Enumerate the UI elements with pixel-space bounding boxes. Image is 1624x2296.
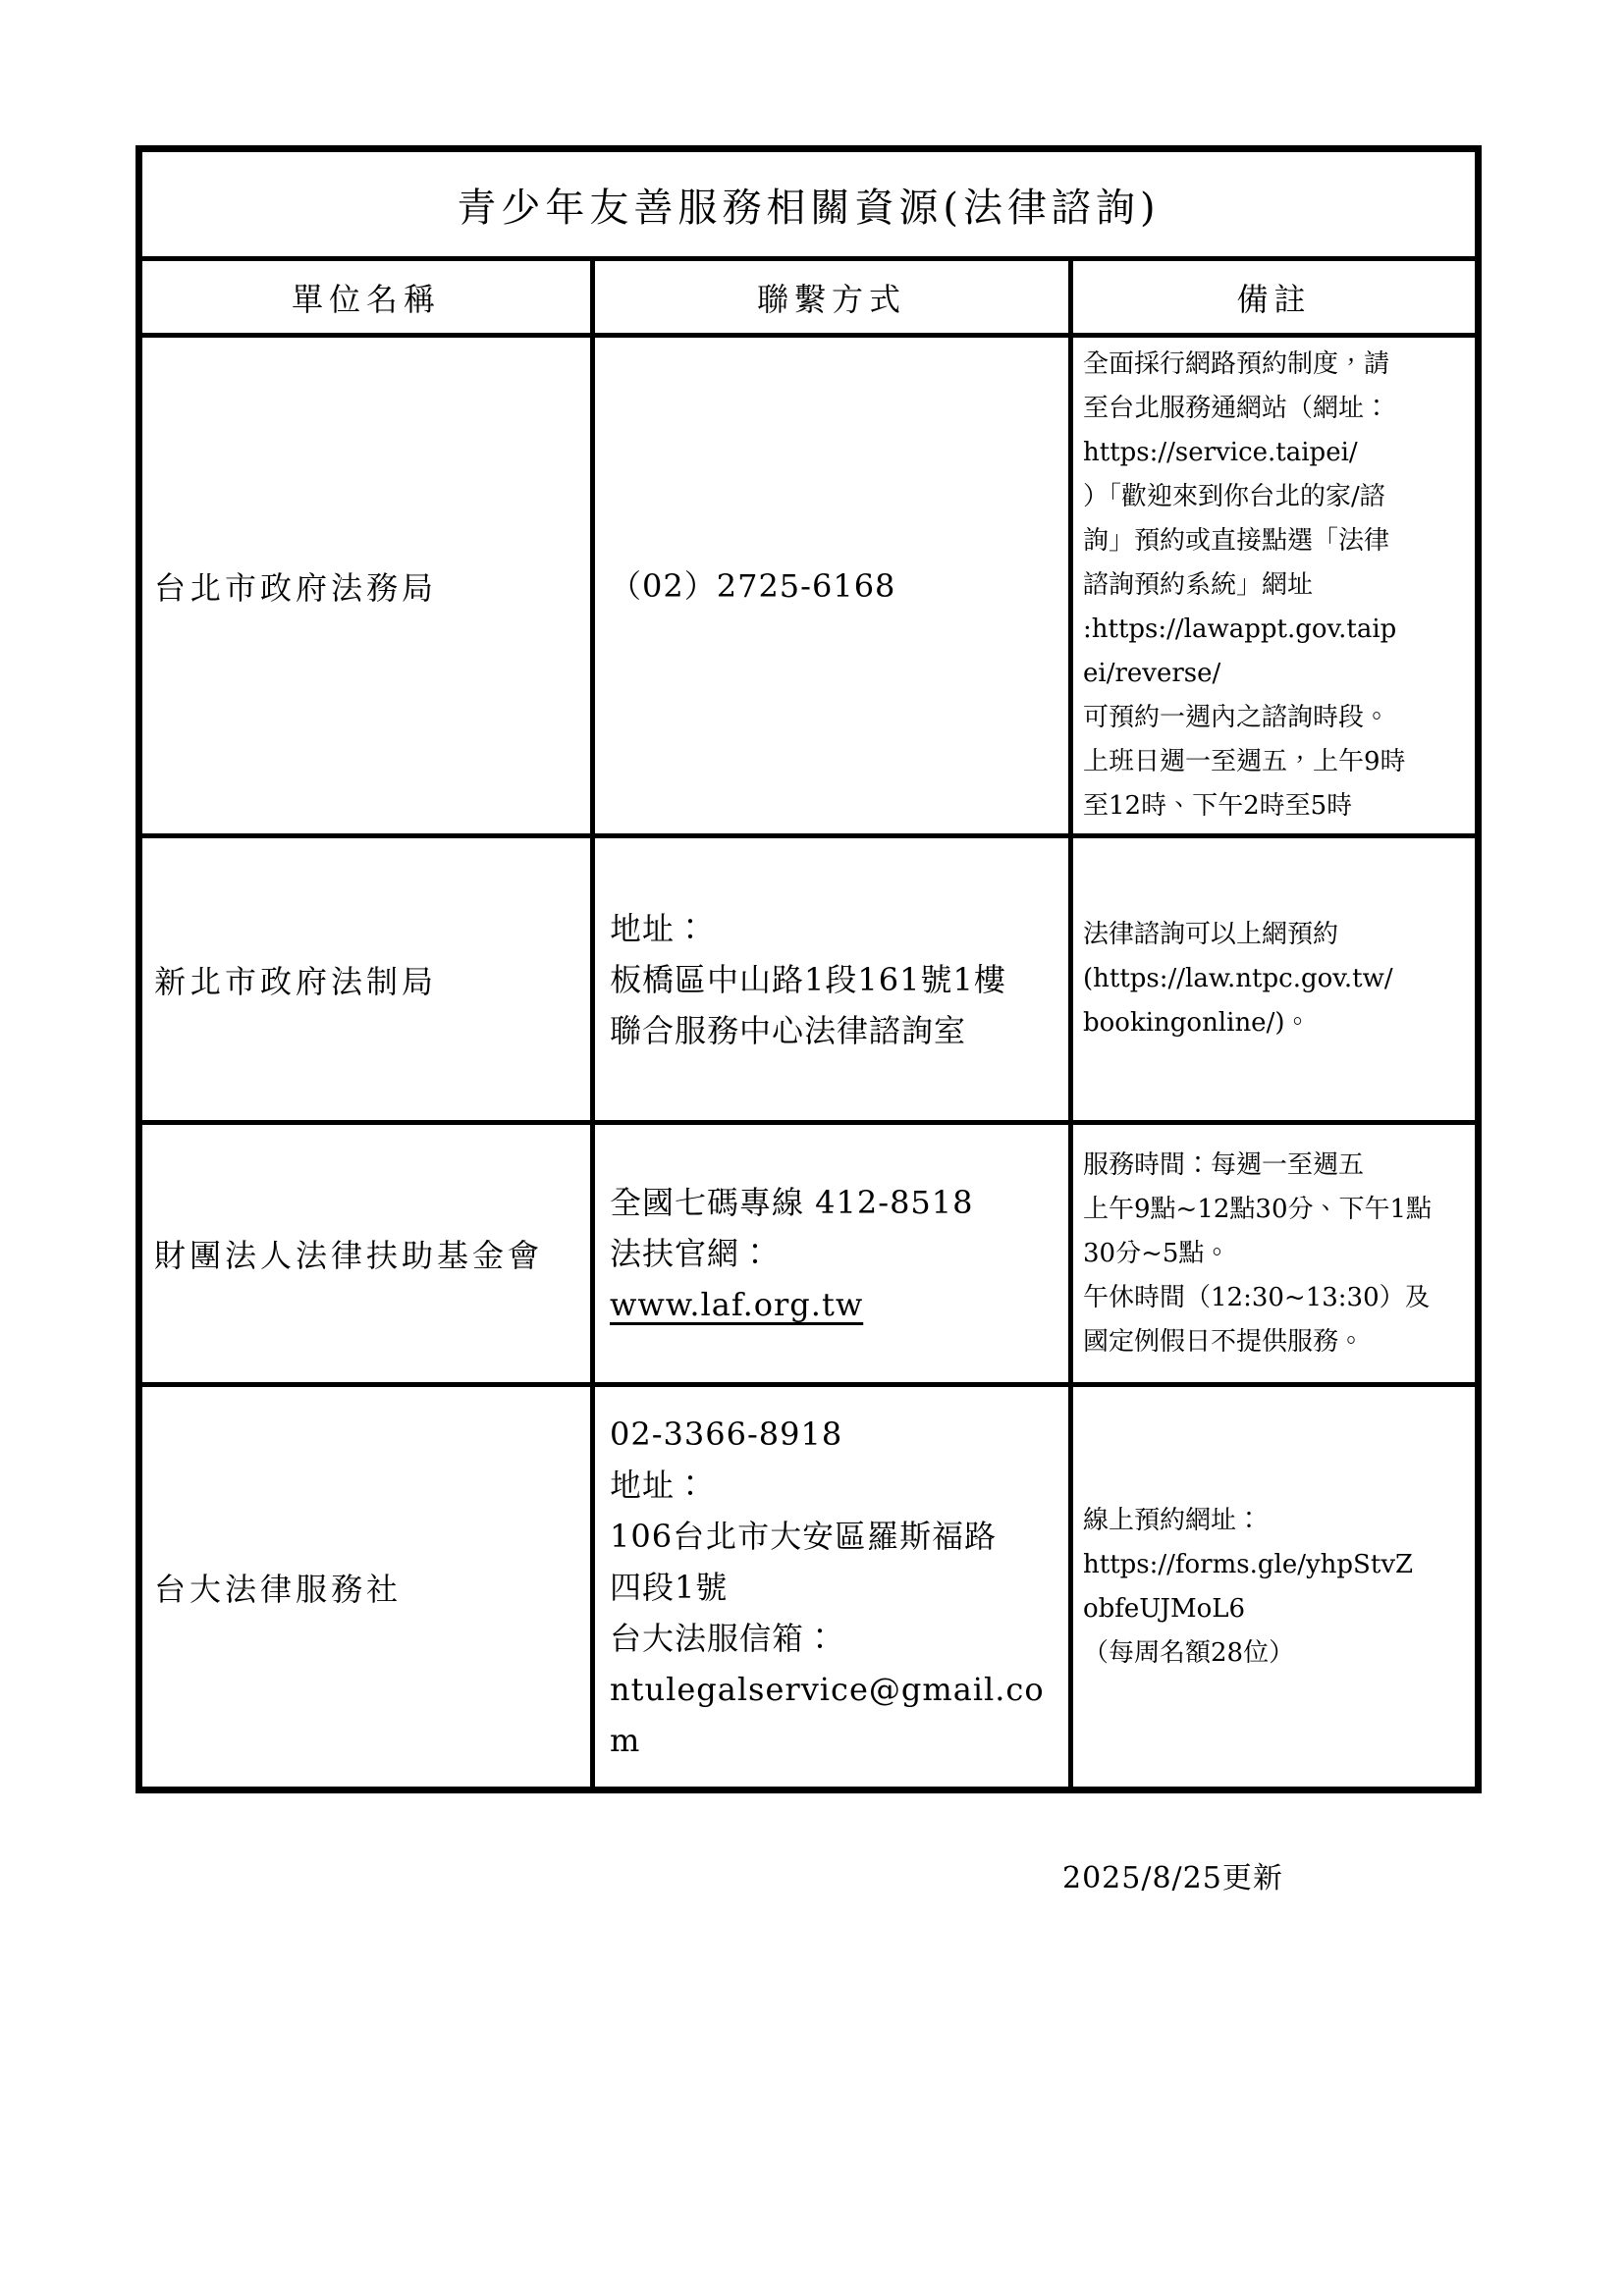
column-header-unit-name: 單位名稱 bbox=[142, 256, 590, 333]
remark-cell: 法律諮詢可以上網預約 (https://law.ntpc.gov.tw/ boo… bbox=[1068, 833, 1475, 1120]
resource-table: 青少年友善服務相關資源(法律諮詢) 單位名稱 聯繫方式 備註 台北市政府法務局 … bbox=[135, 145, 1482, 1793]
unit-name-cell: 台北市政府法務局 bbox=[142, 333, 590, 833]
contact-cell: 全國七碼專線 412-8518 法扶官網： www.laf.org.tw bbox=[590, 1120, 1068, 1382]
document-page: 青少年友善服務相關資源(法律諮詢) 單位名稱 聯繫方式 備註 台北市政府法務局 … bbox=[0, 0, 1624, 2296]
unit-name-cell: 新北市政府法制局 bbox=[142, 833, 590, 1120]
column-header-contact: 聯繫方式 bbox=[590, 256, 1068, 333]
laf-website-link[interactable]: www.laf.org.tw bbox=[610, 1279, 863, 1330]
table-title: 青少年友善服務相關資源(法律諮詢) bbox=[142, 152, 1475, 256]
unit-name-cell: 台大法律服務社 bbox=[142, 1382, 590, 1787]
unit-name-cell: 財團法人法律扶助基金會 bbox=[142, 1120, 590, 1382]
contact-cell: （02）2725-6168 bbox=[590, 333, 1068, 833]
column-header-remark: 備註 bbox=[1068, 256, 1475, 333]
remark-cell: 全面採行網路預約制度，請 至台北服務通網站（網址： https://servic… bbox=[1068, 333, 1475, 833]
contact-text: 全國七碼專線 412-8518 法扶官網： bbox=[610, 1177, 1060, 1279]
remark-cell: 服務時間：每週一至週五 上午9點~12點30分、下午1點 30分~5點。 午休時… bbox=[1068, 1120, 1475, 1382]
remark-cell: 線上預約網址： https://forms.gle/yhpStvZ obfeUJ… bbox=[1068, 1382, 1475, 1787]
contact-cell: 02-3366-8918 地址： 106台北市大安區羅斯福路 四段1號 台大法服… bbox=[590, 1382, 1068, 1787]
update-date: 2025/8/25更新 bbox=[1062, 1853, 1283, 1896]
contact-cell: 地址： 板橋區中山路1段161號1樓 聯合服務中心法律諮詢室 bbox=[590, 833, 1068, 1120]
